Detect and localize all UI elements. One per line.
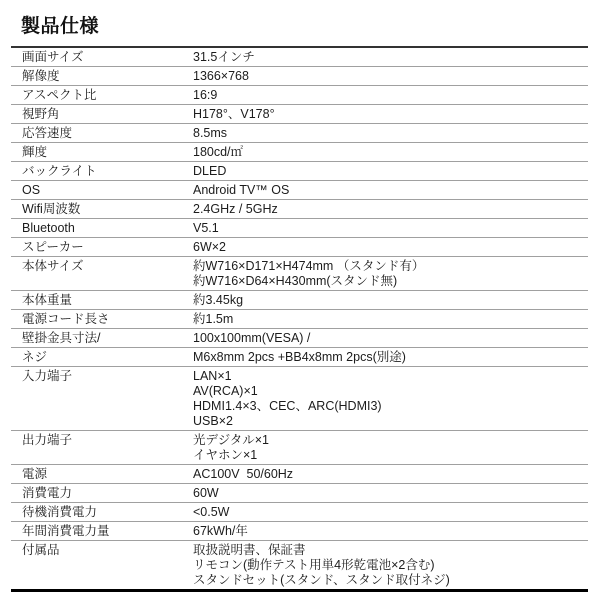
spec-value-line: 67kWh/年 xyxy=(193,524,584,539)
spec-label: 入力端子 xyxy=(11,367,193,431)
spec-value-line: V5.1 xyxy=(193,221,584,236)
spec-value-line: 約W716×D171×H474mm （スタンド有） xyxy=(193,259,584,274)
spec-value-line: 光デジタル×1 xyxy=(193,433,584,448)
spec-value-line: HDMI1.4×3、CEC、ARC(HDMI3) xyxy=(193,399,584,414)
table-row: 電源コード長さ 約1.5m xyxy=(11,310,588,329)
spec-label: 出力端子 xyxy=(11,431,193,465)
spec-value-line: リモコン(動作テスト用単4形乾電池×2含む) xyxy=(193,558,584,573)
table-row: 年間消費電力量 67kWh/年 xyxy=(11,522,588,541)
spec-label: バックライト xyxy=(11,162,193,181)
spec-sheet-page: 製品仕様 画面サイズ 31.5インチ 解像度 1366×768 アスペクト比 1… xyxy=(0,0,600,600)
spec-value: 8.5ms xyxy=(193,124,588,143)
spec-value: 約1.5m xyxy=(193,310,588,329)
table-row: 壁掛金具寸法/ 100x100mm(VESA) / xyxy=(11,329,588,348)
spec-value-line: 16:9 xyxy=(193,88,584,103)
spec-value-line: 約1.5m xyxy=(193,312,584,327)
spec-value-line: M6x8mm 2pcs +BB4x8mm 2pcs(別途) xyxy=(193,350,584,365)
spec-value-line: AC100V 50/60Hz xyxy=(193,467,584,482)
spec-table-body: 画面サイズ 31.5インチ 解像度 1366×768 アスペクト比 16:9 視… xyxy=(11,47,588,591)
spec-value-line: 100x100mm(VESA) / xyxy=(193,331,584,346)
table-row: 出力端子 光デジタル×1イヤホン×1 xyxy=(11,431,588,465)
table-row: スピーカー 6W×2 xyxy=(11,238,588,257)
table-row: 応答速度 8.5ms xyxy=(11,124,588,143)
spec-label: 視野角 xyxy=(11,105,193,124)
spec-value: 光デジタル×1イヤホン×1 xyxy=(193,431,588,465)
spec-label: 待機消費電力 xyxy=(11,503,193,522)
spec-label: 電源コード長さ xyxy=(11,310,193,329)
spec-value: Android TV™ OS xyxy=(193,181,588,200)
spec-label: スピーカー xyxy=(11,238,193,257)
spec-value: LAN×1AV(RCA)×1HDMI1.4×3、CEC、ARC(HDMI3)US… xyxy=(193,367,588,431)
table-row: 視野角 H178°、V178° xyxy=(11,105,588,124)
spec-label: OS xyxy=(11,181,193,200)
spec-value: 180cd/㎡ xyxy=(193,143,588,162)
spec-value-line: 8.5ms xyxy=(193,126,584,141)
spec-value: H178°、V178° xyxy=(193,105,588,124)
table-row: 電源 AC100V 50/60Hz xyxy=(11,465,588,484)
spec-value-line: Android TV™ OS xyxy=(193,183,584,198)
spec-value: 約W716×D171×H474mm （スタンド有）約W716×D64×H430m… xyxy=(193,257,588,291)
spec-value-line: 約W716×D64×H430mm(スタンド無) xyxy=(193,274,584,289)
table-row: 解像度 1366×768 xyxy=(11,67,588,86)
spec-value-line: LAN×1 xyxy=(193,369,584,384)
spec-label: 画面サイズ xyxy=(11,47,193,67)
spec-value-line: スタンドセット(スタンド、スタンド取付ネジ) xyxy=(193,573,584,588)
spec-value: 6W×2 xyxy=(193,238,588,257)
spec-label: 本体サイズ xyxy=(11,257,193,291)
page-title: 製品仕様 xyxy=(21,11,99,38)
table-row: バックライト DLED xyxy=(11,162,588,181)
spec-value: <0.5W xyxy=(193,503,588,522)
table-row: 本体サイズ 約W716×D171×H474mm （スタンド有）約W716×D64… xyxy=(11,257,588,291)
table-row: 消費電力 60W xyxy=(11,484,588,503)
spec-value: V5.1 xyxy=(193,219,588,238)
spec-value: 2.4GHz / 5GHz xyxy=(193,200,588,219)
table-row: OS Android TV™ OS xyxy=(11,181,588,200)
spec-value: 1366×768 xyxy=(193,67,588,86)
spec-value: 67kWh/年 xyxy=(193,522,588,541)
spec-value: AC100V 50/60Hz xyxy=(193,465,588,484)
spec-label: 消費電力 xyxy=(11,484,193,503)
table-row: 付属品 取扱説明書、保証書リモコン(動作テスト用単4形乾電池×2含む)スタンドセ… xyxy=(11,541,588,591)
spec-value-line: 60W xyxy=(193,486,584,501)
spec-value-line: DLED xyxy=(193,164,584,179)
spec-label: Wifi周波数 xyxy=(11,200,193,219)
table-row: Bluetooth V5.1 xyxy=(11,219,588,238)
spec-label: 応答速度 xyxy=(11,124,193,143)
spec-value: 60W xyxy=(193,484,588,503)
table-row: 入力端子 LAN×1AV(RCA)×1HDMI1.4×3、CEC、ARC(HDM… xyxy=(11,367,588,431)
spec-label: アスペクト比 xyxy=(11,86,193,105)
spec-label: 壁掛金具寸法/ xyxy=(11,329,193,348)
spec-label: 付属品 xyxy=(11,541,193,591)
spec-value-line: H178°、V178° xyxy=(193,107,584,122)
spec-label: 解像度 xyxy=(11,67,193,86)
spec-value-line: USB×2 xyxy=(193,414,584,429)
spec-label: 輝度 xyxy=(11,143,193,162)
spec-table: 画面サイズ 31.5インチ 解像度 1366×768 アスペクト比 16:9 視… xyxy=(11,46,588,592)
spec-value-line: AV(RCA)×1 xyxy=(193,384,584,399)
spec-value-line: 31.5インチ xyxy=(193,50,584,65)
spec-value-line: 1366×768 xyxy=(193,69,584,84)
spec-label: 電源 xyxy=(11,465,193,484)
spec-value: 約3.45kg xyxy=(193,291,588,310)
spec-value: M6x8mm 2pcs +BB4x8mm 2pcs(別途) xyxy=(193,348,588,367)
table-row: Wifi周波数 2.4GHz / 5GHz xyxy=(11,200,588,219)
spec-value: 31.5インチ xyxy=(193,47,588,67)
spec-label: 本体重量 xyxy=(11,291,193,310)
table-row: 輝度 180cd/㎡ xyxy=(11,143,588,162)
spec-value-line: <0.5W xyxy=(193,505,584,520)
table-row: 待機消費電力 <0.5W xyxy=(11,503,588,522)
spec-value-line: 取扱説明書、保証書 xyxy=(193,543,584,558)
spec-value-line: 6W×2 xyxy=(193,240,584,255)
spec-label: Bluetooth xyxy=(11,219,193,238)
table-row: 本体重量 約3.45kg xyxy=(11,291,588,310)
spec-value-line: 180cd/㎡ xyxy=(193,145,584,160)
spec-value-line: イヤホン×1 xyxy=(193,448,584,463)
spec-value: DLED xyxy=(193,162,588,181)
spec-label: 年間消費電力量 xyxy=(11,522,193,541)
spec-label: ネジ xyxy=(11,348,193,367)
table-row: ネジ M6x8mm 2pcs +BB4x8mm 2pcs(別途) xyxy=(11,348,588,367)
spec-value: 16:9 xyxy=(193,86,588,105)
table-row: 画面サイズ 31.5インチ xyxy=(11,47,588,67)
spec-value-line: 2.4GHz / 5GHz xyxy=(193,202,584,217)
spec-value: 取扱説明書、保証書リモコン(動作テスト用単4形乾電池×2含む)スタンドセット(ス… xyxy=(193,541,588,591)
table-row: アスペクト比 16:9 xyxy=(11,86,588,105)
spec-value-line: 約3.45kg xyxy=(193,293,584,308)
spec-value: 100x100mm(VESA) / xyxy=(193,329,588,348)
